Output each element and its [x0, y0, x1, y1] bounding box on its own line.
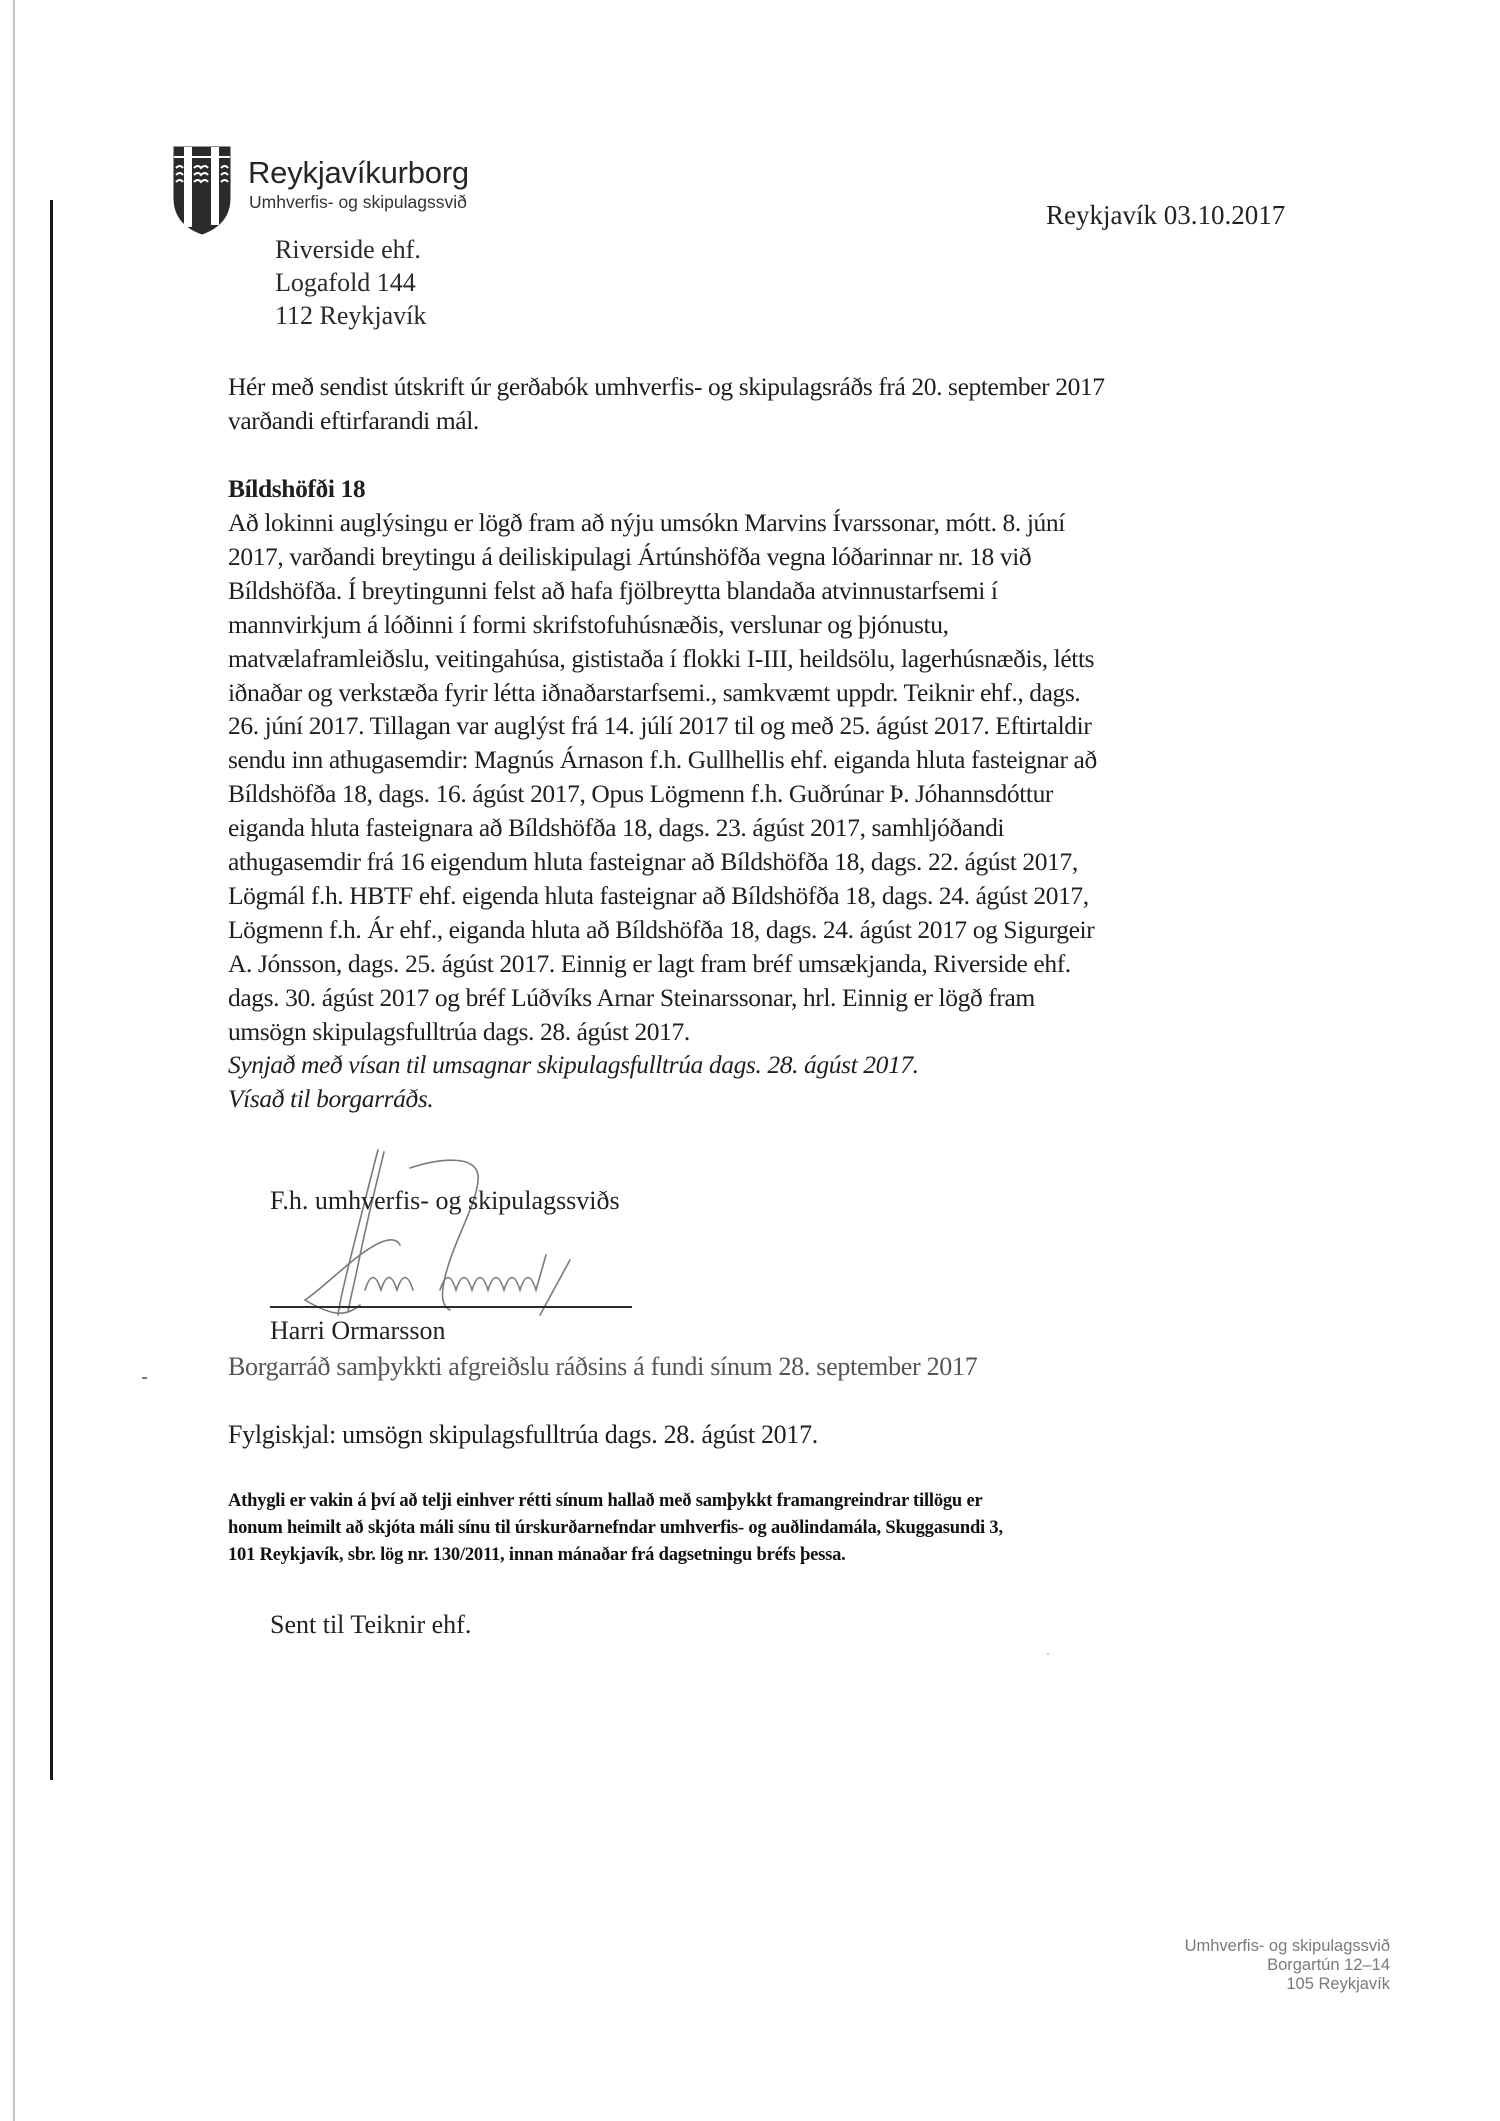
footer-department: Umhverfis- og skipulagssvið — [1185, 1937, 1390, 1956]
scan-speck — [142, 1377, 147, 1379]
signer-name: Harri Ormarsson — [270, 1316, 445, 1346]
case-body-line: iðnaðar og verkstæða fyrir létta iðnaðar… — [228, 678, 1080, 708]
case-body-line: Lögmál f.h. HBTF ehf. eigenda hluta fast… — [228, 881, 1089, 911]
reykjavik-coat-of-arms-shield-icon — [173, 146, 231, 235]
case-body-line: matvælaframleiðslu, veitingahúsa, gistis… — [228, 644, 1094, 674]
footer-city: 105 Reykjavík — [1286, 1975, 1390, 1994]
on-behalf-of: F.h. umhverfis- og skipulagssviðs — [270, 1186, 620, 1216]
scan-edge-line — [13, 0, 15, 2121]
case-body-line: mannvirkjum á lóðinni í formi skrifstofu… — [228, 610, 949, 640]
letter-date: Reykjavík 03.10.2017 — [1046, 200, 1285, 231]
department-name: Umhverfis- og skipulagssvið — [249, 192, 467, 213]
recipient-street: Logafold 144 — [275, 268, 416, 298]
case-body-line: umsögn skipulagsfulltrúa dags. 28. ágúst… — [228, 1017, 690, 1047]
signature-line — [270, 1306, 632, 1308]
case-body-line: Bíldshöfða 18, dags. 16. ágúst 2017, Opu… — [228, 779, 1053, 809]
case-body-line: Lögmenn f.h. Ár ehf., eiganda hluta að B… — [228, 915, 1094, 945]
approval-note: Borgarráð samþykkti afgreiðslu ráðsins á… — [228, 1352, 977, 1382]
case-body-line: athugasemdir frá 16 eigendum hluta faste… — [228, 847, 1078, 877]
intro-line: varðandi eftirfarandi mál. — [228, 406, 479, 436]
recipient-city: 112 Reykjavík — [275, 301, 426, 331]
case-body-line: Að lokinni auglýsingu er lögð fram að ný… — [228, 508, 1065, 538]
handwritten-signature-icon — [300, 1140, 660, 1340]
case-body-line: dags. 30. ágúst 2017 og bréf Lúðvíks Arn… — [228, 983, 1035, 1013]
scan-speck — [1047, 1653, 1049, 1655]
intro-line: Hér með sendist útskrift úr gerðabók umh… — [228, 372, 1105, 402]
recipient-name: Riverside ehf. — [275, 235, 421, 265]
footer-street: Borgartún 12–14 — [1267, 1956, 1390, 1975]
appeal-notice-line: honum heimilt að skjóta máli sínu til úr… — [228, 1518, 1003, 1539]
binding-margin-line — [50, 200, 53, 1780]
appeal-notice-line: Athygli er vakin á því að telji einhver … — [228, 1491, 982, 1512]
decision-line: Synjað með vísan til umsagnar skipulagsf… — [228, 1050, 919, 1080]
attachment-note: Fylgiskjal: umsögn skipulagsfulltrúa dag… — [228, 1420, 818, 1450]
case-body-line: sendu inn athugasemdir: Magnús Árnason f… — [228, 745, 1097, 775]
organization-name: Reykjavíkurborg — [248, 155, 469, 191]
case-body-line: Bíldshöfða. Í breytingunni felst að hafa… — [228, 576, 998, 606]
appeal-notice-line: 101 Reykjavík, sbr. lög nr. 130/2011, in… — [228, 1545, 846, 1566]
decision-line: Vísað til borgarráðs. — [228, 1084, 433, 1114]
case-title: Bíldshöfði 18 — [228, 474, 365, 504]
case-body-line: 2017, varðandi breytingu á deiliskipulag… — [228, 542, 1031, 572]
case-body-line: A. Jónsson, dags. 25. ágúst 2017. Einnig… — [228, 949, 1071, 979]
case-body-line: eiganda hluta fasteignara að Bíldshöfða … — [228, 813, 1004, 843]
sent-to: Sent til Teiknir ehf. — [270, 1610, 471, 1640]
case-body-line: 26. júní 2017. Tillagan var auglýst frá … — [228, 711, 1091, 741]
